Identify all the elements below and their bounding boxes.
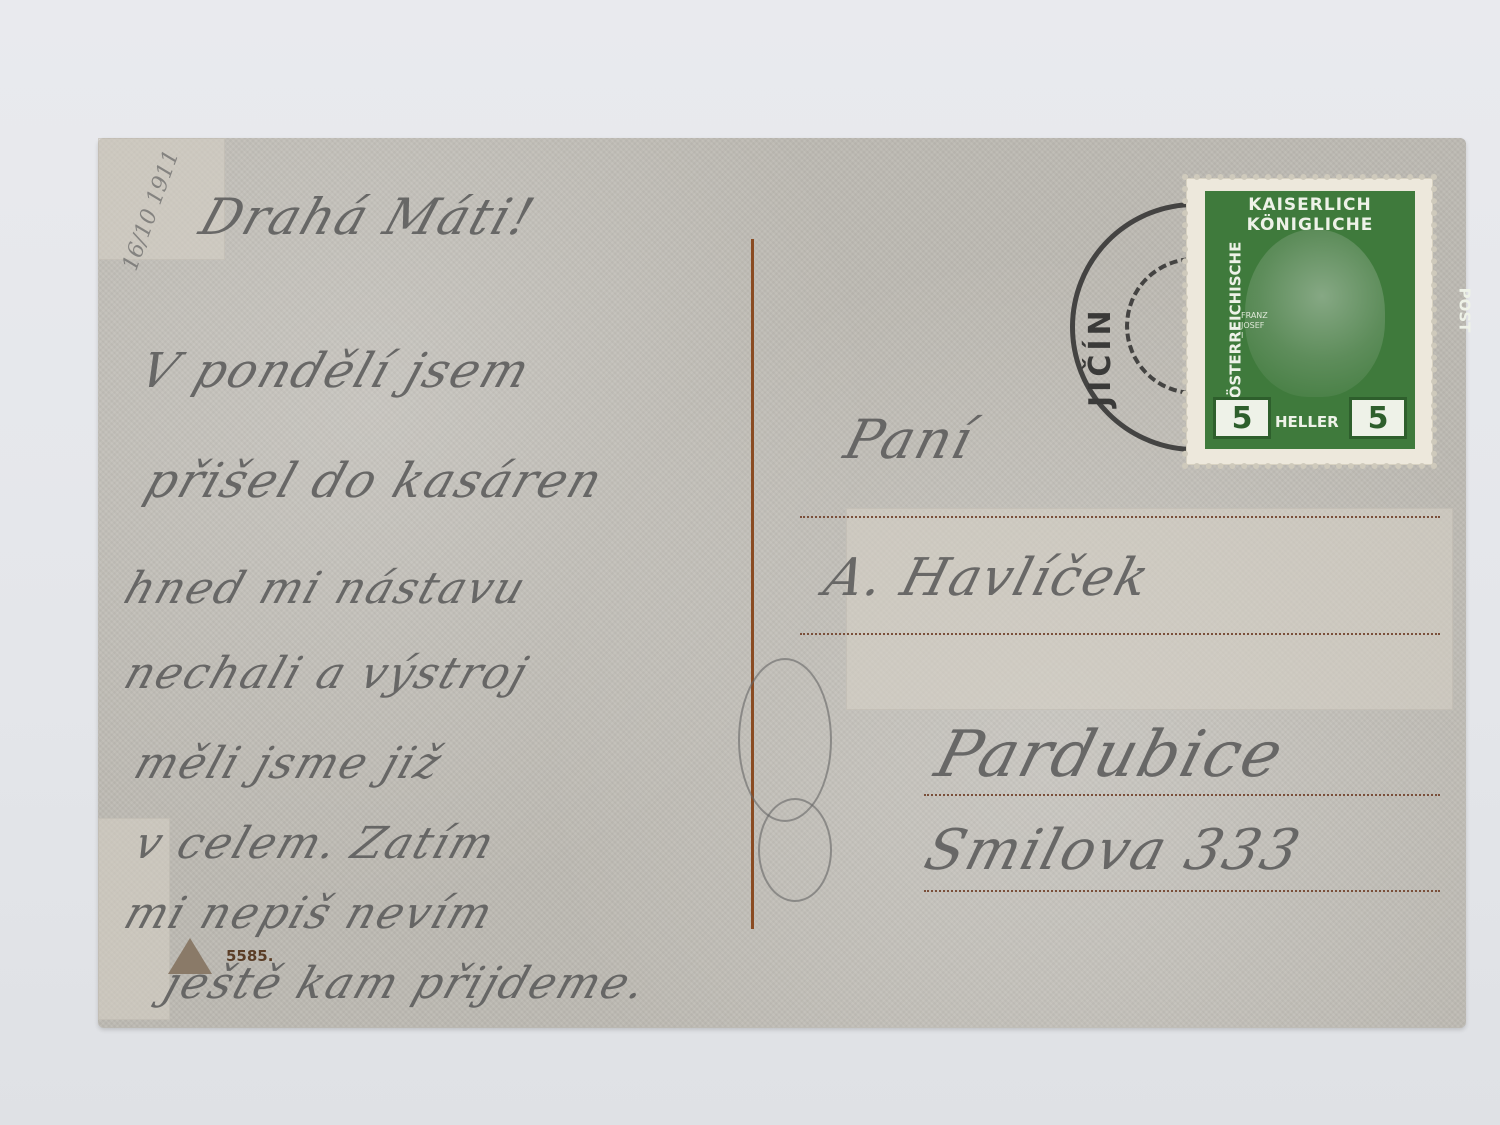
stamp-inscription: FRANZ JOSEF I bbox=[1241, 311, 1268, 341]
address-recipient-name: A. Havlíček bbox=[818, 548, 1157, 608]
pencil-doodle bbox=[758, 798, 832, 902]
stamp-top-text: KAISERLICH KÖNIGLICHE bbox=[1205, 195, 1415, 235]
postage-stamp: KAISERLICH KÖNIGLICHE ÖSTERREICHISCHE PO… bbox=[1186, 178, 1433, 465]
publisher-triangle-icon bbox=[168, 938, 212, 974]
pencil-doodle bbox=[738, 658, 832, 822]
address-line-1 bbox=[800, 516, 1440, 518]
address-city: Pardubice bbox=[928, 718, 1292, 792]
address-line-4 bbox=[924, 890, 1440, 892]
stamp-value-right: 5 bbox=[1349, 397, 1407, 439]
message-line-1: Drahá Máti! bbox=[193, 188, 543, 246]
message-line-4: hned mi nástavu bbox=[118, 563, 533, 614]
publisher-number: 5585. bbox=[226, 947, 273, 965]
stamp-inscription-line: FRANZ bbox=[1241, 311, 1268, 321]
address-line-2 bbox=[800, 633, 1440, 635]
postmark-town: JIČÍN bbox=[1083, 306, 1118, 407]
message-line-6: měli jsme již bbox=[128, 738, 449, 789]
stamp-inscription-line: JOSEF bbox=[1241, 321, 1268, 331]
tape-address bbox=[846, 508, 1453, 710]
stamp-value-left: 5 bbox=[1213, 397, 1271, 439]
center-divider-line bbox=[751, 239, 754, 929]
message-line-5: nechali a výstroj bbox=[118, 648, 536, 699]
address-line-3 bbox=[924, 794, 1440, 796]
stamp-right-text: POST bbox=[1456, 288, 1474, 333]
message-line-2: V pondělí jsem bbox=[133, 343, 538, 399]
stamp-inscription-line: I bbox=[1241, 331, 1268, 341]
postcard-back: 16/10 1911 Drahá Máti! V pondělí jsem př… bbox=[98, 138, 1466, 1028]
message-line-7: v celem. Zatím bbox=[128, 818, 502, 869]
stamp-currency: HELLER bbox=[1275, 413, 1339, 431]
address-street: Smilova 333 bbox=[918, 818, 1308, 883]
stamp-design: KAISERLICH KÖNIGLICHE ÖSTERREICHISCHE PO… bbox=[1205, 191, 1415, 449]
message-line-8: mi nepiš nevím bbox=[118, 888, 501, 939]
address-recipient-title: Paní bbox=[838, 408, 981, 471]
message-line-3: přišel do kasáren bbox=[138, 453, 611, 509]
publisher-mark: 5585. bbox=[168, 938, 273, 974]
